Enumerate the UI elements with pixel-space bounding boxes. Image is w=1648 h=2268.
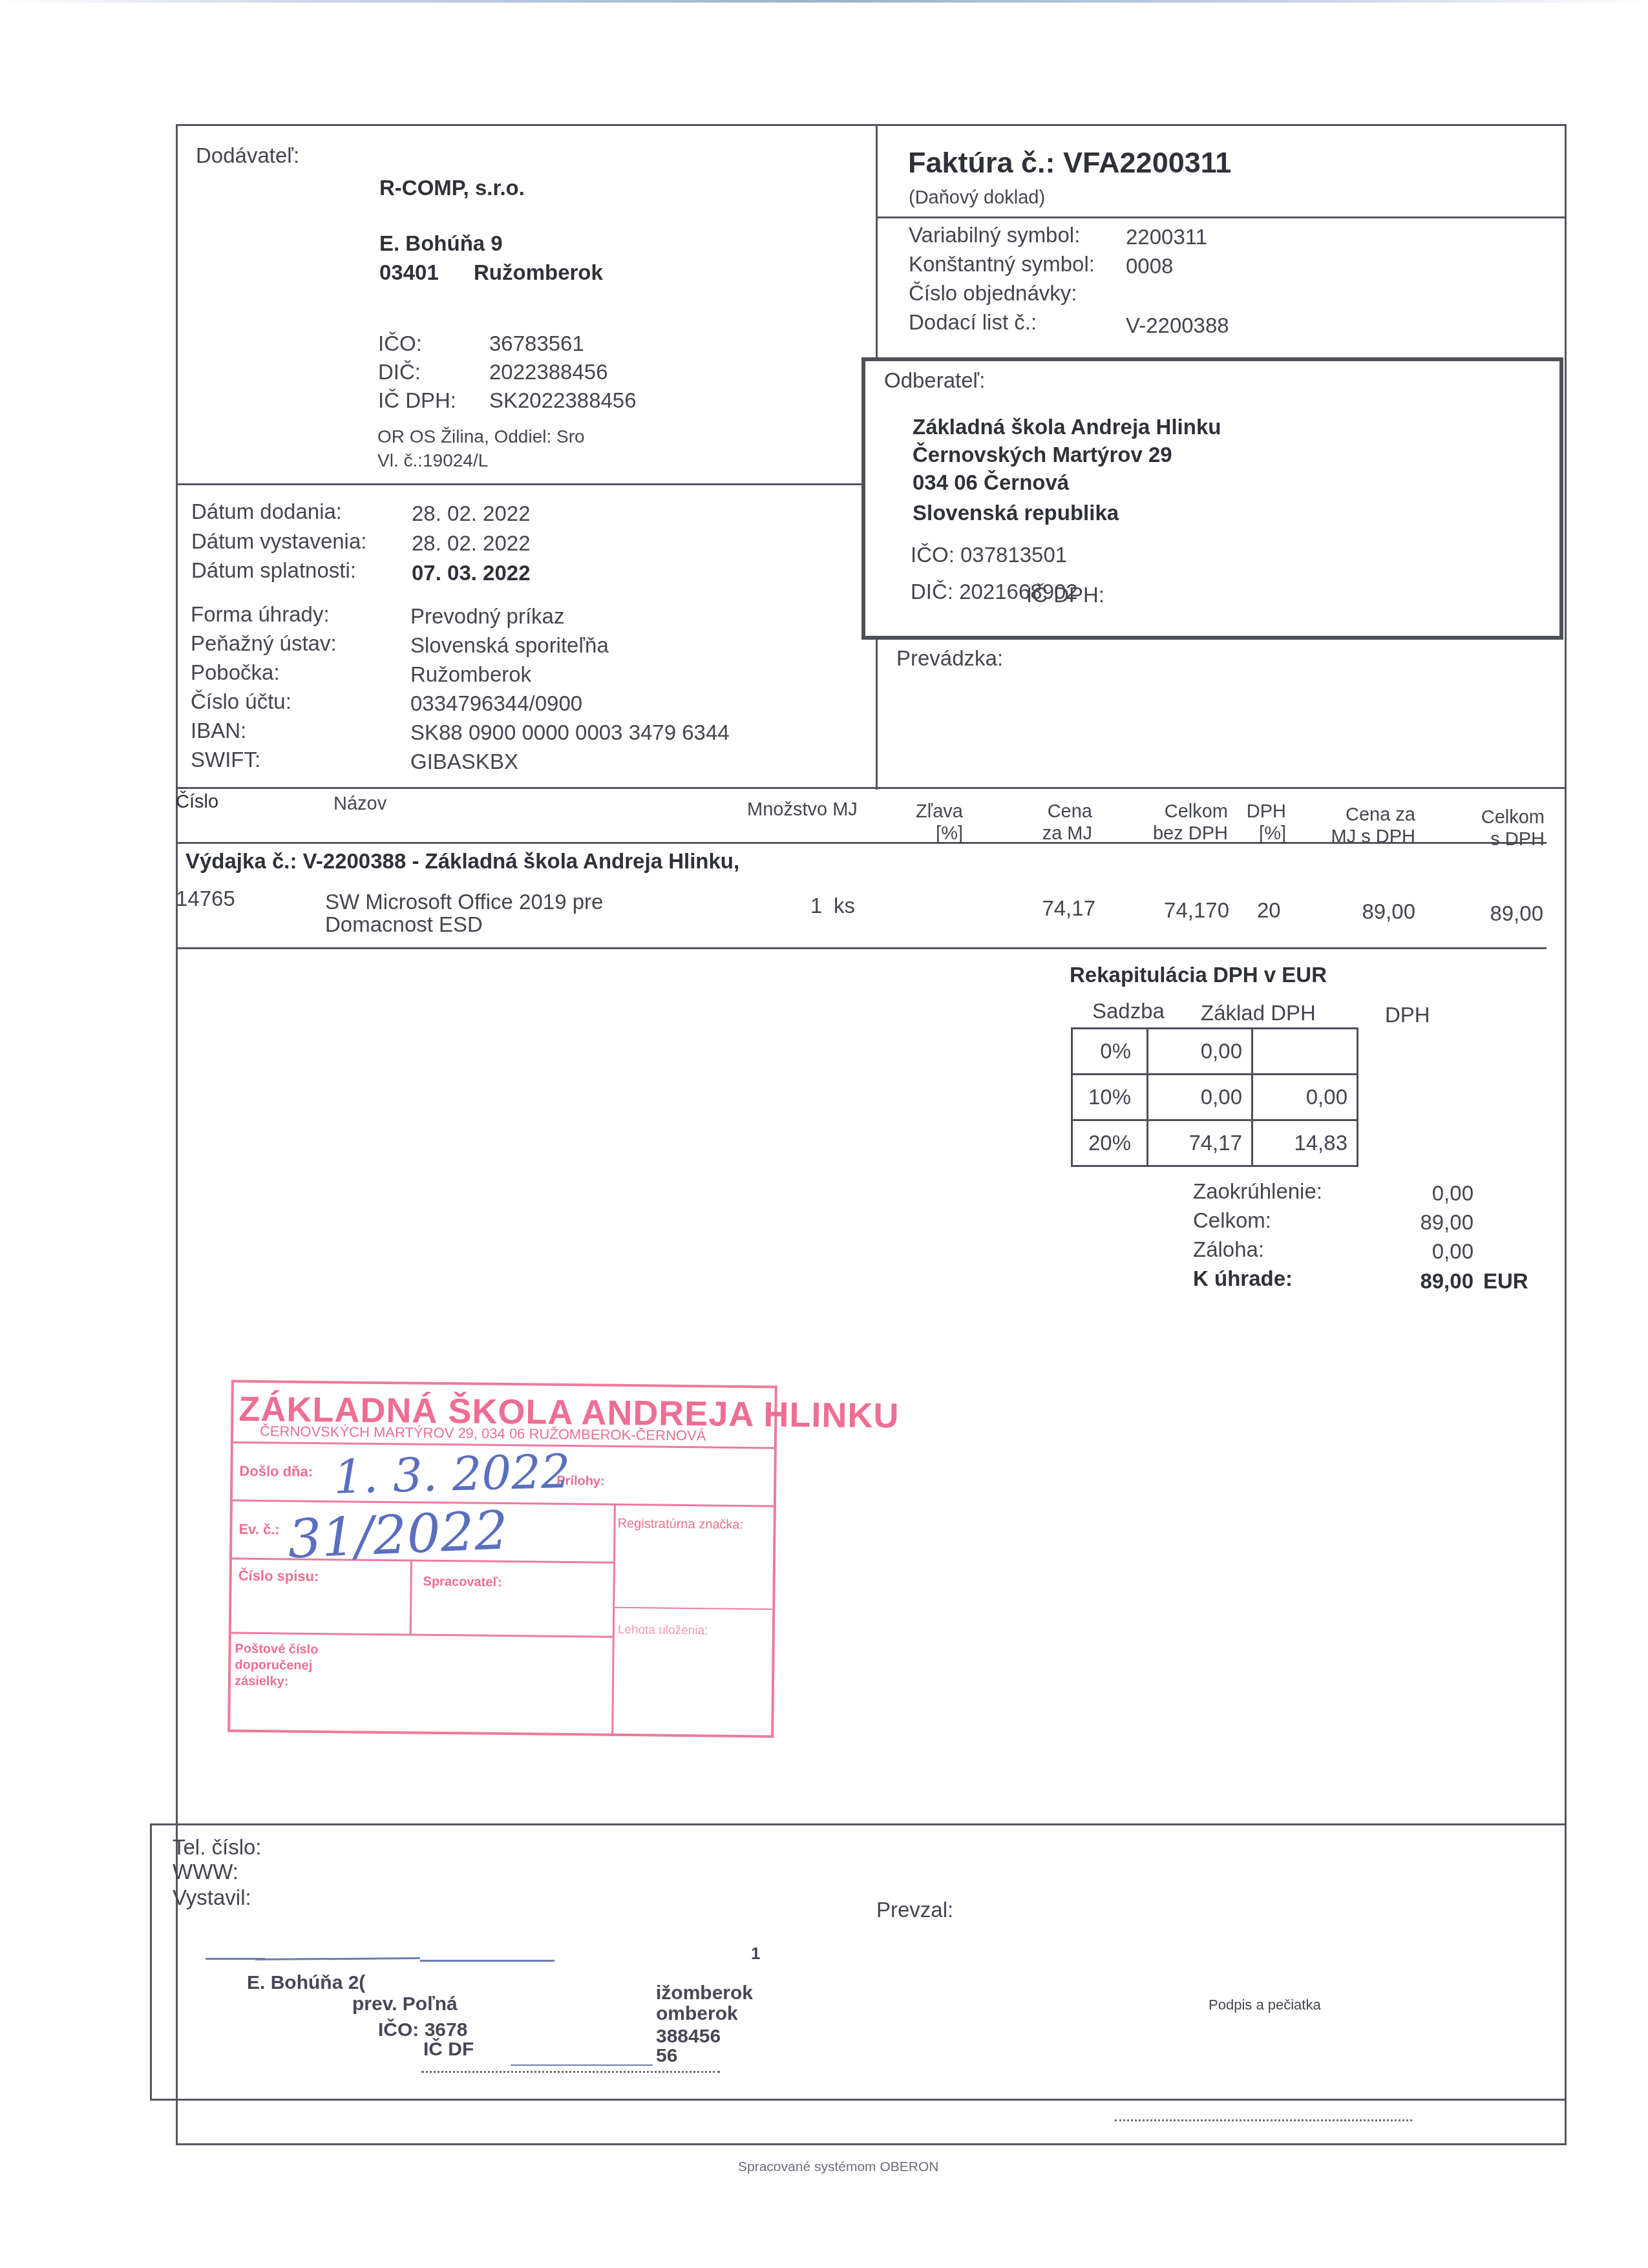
col-qty-unit: Množstvo MJ bbox=[747, 799, 858, 821]
vat-summary-title: Rekapitulácia DPH v EUR bbox=[1070, 963, 1327, 987]
supplier-icdph-label: IČ DPH: bbox=[378, 388, 456, 413]
stamp-received-label: Došlo dňa: bbox=[239, 1463, 313, 1480]
constant-symbol: 0008 bbox=[1126, 254, 1173, 278]
iban-label: IBAN: bbox=[191, 719, 246, 743]
vat-rate: 0% bbox=[1072, 1029, 1148, 1075]
col-unit-price: Cena bbox=[995, 801, 1092, 823]
table-row: 10% 0,00 0,00 bbox=[1072, 1075, 1358, 1120]
company-stamp-line: ižomberok bbox=[656, 1982, 753, 2004]
customer-country: Slovenská republika bbox=[913, 501, 1119, 525]
account-number: 0334796344/0900 bbox=[410, 691, 582, 716]
item-unit: ks bbox=[834, 894, 855, 918]
signature-label: Podpis a pečiatka bbox=[1209, 1997, 1321, 2013]
vat-base: 0,00 bbox=[1148, 1075, 1252, 1120]
item-unit-price-incl: 89,00 bbox=[1312, 899, 1415, 924]
company-stamp-line: omberok bbox=[656, 2003, 738, 2025]
swift-label: SWIFT: bbox=[191, 748, 260, 772]
www-label: WWW: bbox=[173, 1860, 238, 1884]
registry-stamp: ZÁKLADNÁ ŠKOLA ANDREJA HLINKU ČERNOVSKÝC… bbox=[227, 1380, 777, 1738]
stamp-postal-label-3: zásielky: bbox=[235, 1674, 289, 1690]
issuer-signature-line bbox=[421, 2071, 720, 2073]
col-vat-rate: DPH bbox=[1234, 801, 1286, 823]
customer-street: Černovských Martýrov 29 bbox=[913, 443, 1172, 467]
stamp-postal-label-2: doporučenej bbox=[235, 1658, 312, 1674]
due-date: 07. 03. 2022 bbox=[412, 561, 531, 585]
bank-label: Peňažný ústav: bbox=[191, 631, 337, 656]
vat-summary-table: 0% 0,00 10% 0,00 0,00 20% 74,17 14,83 bbox=[1071, 1027, 1358, 1167]
customer-name: Základná škola Andreja Hlinku bbox=[913, 415, 1221, 439]
vat-col-vat: DPH bbox=[1385, 1003, 1430, 1027]
variable-symbol: 2200311 bbox=[1126, 225, 1207, 249]
vat-amount: 0,00 bbox=[1252, 1075, 1358, 1120]
vat-base: 0,00 bbox=[1148, 1029, 1252, 1075]
supplier-label: Dodávateľ: bbox=[196, 143, 299, 168]
processed-by: Spracované systémom OBERON bbox=[738, 2159, 938, 2175]
item-number: 14765 bbox=[176, 887, 235, 911]
table-row: 20% 74,17 14,83 bbox=[1072, 1120, 1358, 1166]
col-unit-price-2: za MJ bbox=[995, 823, 1092, 845]
vat-rate: 10% bbox=[1072, 1075, 1148, 1120]
amount-due-currency: EUR bbox=[1483, 1269, 1528, 1294]
customer-icdph: IČ DPH: bbox=[1026, 583, 1104, 607]
vat-col-rate: Sadzba bbox=[1092, 999, 1165, 1024]
amount-due-value: 89,00 bbox=[1357, 1269, 1474, 1294]
supplier-street: E. Bohúňa 9 bbox=[379, 231, 503, 256]
issue-date-label: Dátum vystavenia: bbox=[191, 529, 366, 554]
item-total-excl: 74,170 bbox=[1125, 898, 1229, 923]
supplier-icdph: SK2022388456 bbox=[489, 388, 637, 413]
redaction bbox=[510, 1964, 655, 2068]
item-total-incl: 89,00 bbox=[1441, 901, 1543, 926]
stamp-retention-label: Lehota uloženia: bbox=[618, 1623, 708, 1638]
stamp-registry-mark-label: Registratúrna značka: bbox=[617, 1517, 743, 1533]
col-total-excl: Celkom bbox=[1125, 801, 1228, 823]
col-name: Názov bbox=[333, 793, 386, 815]
payment-method-label: Forma úhrady: bbox=[191, 602, 330, 627]
phone-label: Tel. číslo: bbox=[173, 1835, 262, 1860]
supplier-city: Ružomberok bbox=[474, 260, 603, 285]
stamp-evidence-label: Ev. č.: bbox=[238, 1521, 279, 1538]
handwritten-received-date: 1. 3. 2022 bbox=[333, 1444, 571, 1504]
iban: SK88 0900 0000 0003 3479 6344 bbox=[410, 720, 730, 745]
divider bbox=[176, 947, 1547, 949]
vat-amount bbox=[1252, 1029, 1358, 1075]
col-vat-rate-2: [%] bbox=[1234, 823, 1286, 845]
stamp-handler-label: Spracovateľ: bbox=[423, 1575, 502, 1590]
branch-label: Pobočka: bbox=[191, 660, 280, 685]
col-discount-unit: [%] bbox=[892, 823, 963, 845]
divider bbox=[150, 1823, 152, 2101]
divider bbox=[150, 2099, 1567, 2101]
delivery-note-label: Dodací list č.: bbox=[909, 310, 1037, 335]
deposit-label: Záloha: bbox=[1193, 1237, 1264, 1262]
item-name-line1: SW Microsoft Office 2019 pre bbox=[325, 890, 603, 914]
supplier-ico: 36783561 bbox=[489, 331, 584, 356]
company-stamp-line: IČ DF bbox=[423, 2039, 474, 2061]
total-label: Celkom: bbox=[1193, 1208, 1271, 1233]
company-stamp-line: prev. Poľná bbox=[352, 1993, 458, 2015]
constant-symbol-label: Konštantný symbol: bbox=[909, 252, 1095, 277]
company-stamp-mark: 1 bbox=[751, 1944, 760, 1964]
divider bbox=[150, 1823, 1567, 1825]
supplier-dic-label: DIČ: bbox=[378, 360, 421, 384]
due-date-label: Dátum splatnosti: bbox=[191, 558, 356, 583]
divider bbox=[176, 483, 876, 485]
received-by-label: Prevzal: bbox=[876, 1898, 953, 1922]
invoice-title: Faktúra č.: VFA2200311 bbox=[908, 146, 1231, 180]
company-stamp-line: E. Bohúňa 2( bbox=[247, 1972, 365, 1994]
payment-method: Prevodný príkaz bbox=[410, 604, 564, 629]
customer-label: Odberateľ: bbox=[884, 368, 985, 393]
divider bbox=[877, 216, 1566, 218]
premises-label: Prevádzka: bbox=[896, 646, 1003, 671]
item-qty: 1 bbox=[810, 894, 822, 918]
item-unit-price: 74,17 bbox=[995, 896, 1095, 921]
invoice-subtitle: (Daňový doklad) bbox=[909, 187, 1045, 209]
rounding-label: Zaokrúhlenie: bbox=[1193, 1179, 1322, 1204]
total-value: 89,00 bbox=[1357, 1210, 1474, 1235]
company-stamp-line: 388456 bbox=[656, 2026, 721, 2048]
col-total-incl: Celkom bbox=[1441, 807, 1545, 828]
amount-due-label: K úhrade: bbox=[1193, 1266, 1293, 1291]
col-total-excl-2: bez DPH bbox=[1125, 823, 1228, 845]
vat-base: 74,17 bbox=[1148, 1120, 1252, 1166]
supplier-ico-label: IČO: bbox=[378, 331, 422, 356]
branch: Ružomberok bbox=[410, 662, 531, 687]
rounding-value: 0,00 bbox=[1357, 1181, 1474, 1206]
stamp-postal-label-1: Poštové číslo bbox=[235, 1642, 318, 1657]
item-name-line2: Domacnost ESD bbox=[325, 912, 483, 937]
company-stamp-line: 56 bbox=[656, 2045, 677, 2067]
stamp-file-label: Číslo spisu: bbox=[238, 1568, 319, 1585]
vat-amount: 14,83 bbox=[1252, 1120, 1358, 1166]
delivery-date: 28. 02. 2022 bbox=[412, 501, 531, 526]
handwritten-evidence-number: 31/2022 bbox=[287, 1500, 509, 1570]
delivery-note: V-2200388 bbox=[1126, 313, 1229, 338]
customer-ico: IČO: 037813501 bbox=[911, 543, 1067, 567]
variable-symbol-label: Variabilný symbol: bbox=[909, 223, 1080, 247]
swift: GIBASKBX bbox=[410, 750, 518, 774]
customer-zip-city: 034 06 Černová bbox=[913, 470, 1069, 495]
col-discount: Zľava bbox=[892, 801, 963, 823]
divider bbox=[176, 787, 1566, 789]
vat-col-base: Základ DPH bbox=[1201, 1001, 1316, 1025]
delivery-date-label: Dátum dodania: bbox=[191, 499, 342, 524]
group-title: Výdajka č.: V-2200388 - Základná škola A… bbox=[185, 849, 739, 874]
supplier-zip: 03401 bbox=[379, 260, 439, 285]
bank: Slovenská sporiteľňa bbox=[410, 633, 609, 658]
receiver-signature-line bbox=[1115, 2119, 1412, 2121]
item-vat-rate: 20 bbox=[1257, 898, 1281, 923]
vat-rate: 20% bbox=[1072, 1120, 1148, 1166]
deposit-value: 0,00 bbox=[1357, 1239, 1474, 1264]
col-total-incl-2: s DPH bbox=[1441, 829, 1545, 850]
col-unit-price-incl-2: MJ s DPH bbox=[1312, 826, 1415, 848]
table-row: 0% 0,00 bbox=[1072, 1029, 1358, 1075]
issued-by-label: Vystavil: bbox=[173, 1885, 251, 1910]
col-unit-price-incl: Cena za bbox=[1312, 804, 1415, 826]
supplier-name: R-COMP, s.r.o. bbox=[379, 176, 525, 200]
supplier-register: OR OS Žilina, Oddiel: Sro bbox=[377, 426, 585, 447]
supplier-register-number: Vl. č.:19024/L bbox=[377, 450, 488, 471]
account-label: Číslo účtu: bbox=[191, 689, 291, 714]
issue-date: 28. 02. 2022 bbox=[412, 531, 531, 556]
company-stamp-line: IČO: 3678 bbox=[378, 2019, 467, 2041]
order-number-label: Číslo objednávky: bbox=[909, 281, 1077, 306]
col-number: Číslo bbox=[176, 792, 218, 813]
supplier-dic: 2022388456 bbox=[489, 360, 608, 384]
scan-edge bbox=[0, 0, 1648, 3]
